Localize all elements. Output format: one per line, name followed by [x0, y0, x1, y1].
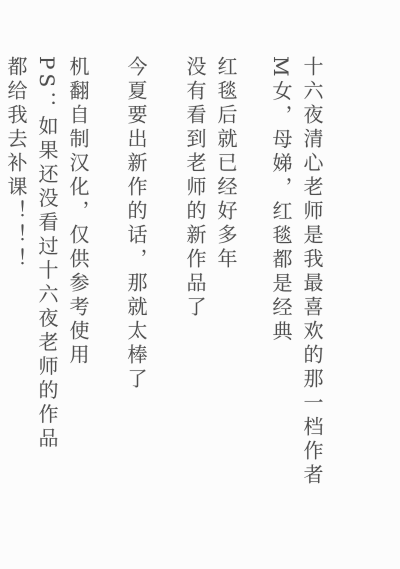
text-line: 都给我去补课！！！ [0, 56, 31, 569]
text-line: 没有看到老师的新作品了 [179, 56, 210, 569]
scanned-note-page: 十六夜清心老师是我最喜欢的那一档作者 M女，母娣，红毯都是经典 红毯后就已经好多… [0, 0, 400, 569]
text-line: 机翻自制汉化，仅供参考使用 [62, 56, 93, 569]
vertical-text-block: 十六夜清心老师是我最喜欢的那一档作者 M女，母娣，红毯都是经典 红毯后就已经好多… [0, 0, 371, 569]
text-line: M女，母娣，红毯都是经典 [265, 56, 296, 569]
text-line: 十六夜清心老师是我最喜欢的那一档作者 [296, 56, 327, 569]
text-line: 红毯后就已经好多年 [210, 56, 241, 569]
paragraph-summer-hope: 今夏要出新作的话，那就太棒了 [120, 56, 151, 569]
paragraph-translator-note: 机翻自制汉化，仅供参考使用 PS：如果还没看过十六夜老师的作品 都给我去补课！！… [0, 56, 93, 569]
text-line: PS：如果还没看过十六夜老师的作品 [31, 56, 62, 569]
text-line: 今夏要出新作的话，那就太棒了 [120, 56, 151, 569]
paragraph-praise-author: 十六夜清心老师是我最喜欢的那一档作者 M女，母娣，红毯都是经典 [265, 56, 327, 569]
paragraph-no-new-works: 红毯后就已经好多年 没有看到老师的新作品了 [179, 56, 241, 569]
